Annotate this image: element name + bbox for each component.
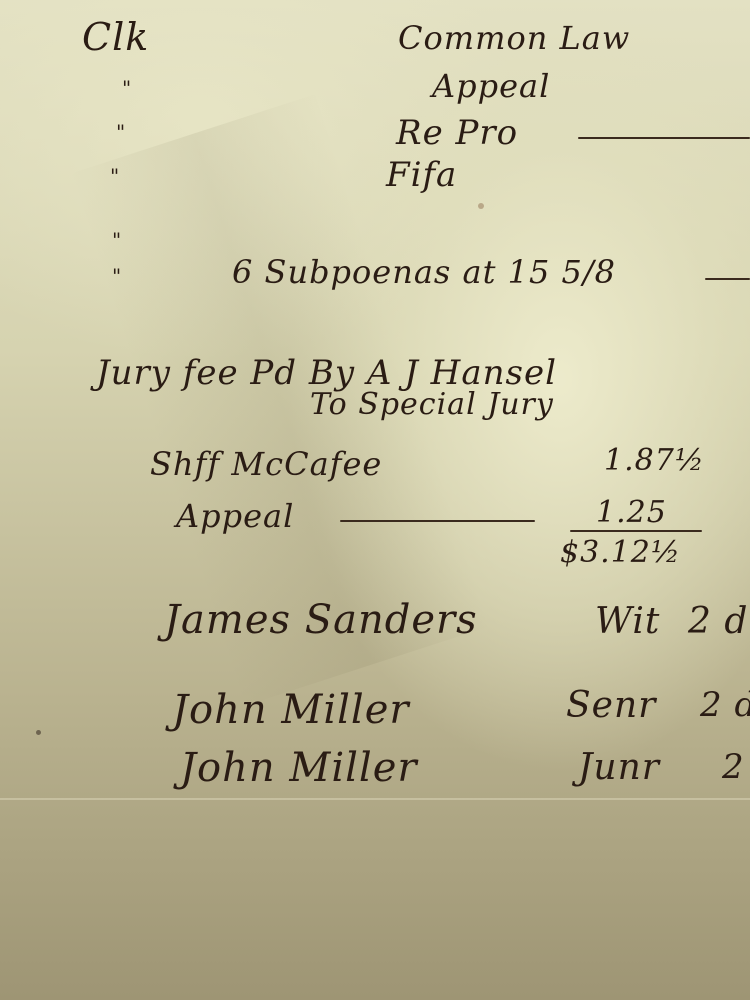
ditto-mark: " xyxy=(112,266,122,286)
witness-row-days: 2 xyxy=(722,750,745,784)
ditto-mark: " xyxy=(116,122,126,142)
paper-speck xyxy=(478,203,484,209)
witness-row-days: 2 d xyxy=(688,604,748,640)
witness-row-role: Senr xyxy=(566,688,656,724)
appeal-label: Appeal xyxy=(176,500,294,532)
sheriff-label: Shff McCafee xyxy=(150,448,382,480)
fee-item-rule xyxy=(578,137,750,139)
paper-fold-line xyxy=(0,798,750,800)
witness-row-name: John Miller xyxy=(172,690,409,730)
witness-row-name: James Sanders xyxy=(164,600,478,640)
fee-item-common-law: Common Law xyxy=(398,22,630,54)
appeal-amount: 1.25 xyxy=(596,498,667,528)
office-label: Clk xyxy=(82,18,149,56)
special-jury-line: To Special Jury xyxy=(310,390,554,420)
sheriff-amount: 1.87½ xyxy=(604,446,705,476)
witness-row-role: Wit xyxy=(595,604,660,640)
ditto-mark: " xyxy=(122,78,132,98)
paper-speck xyxy=(36,730,41,735)
subpoena-rule xyxy=(705,278,750,280)
fee-item-re-pro: Re Pro xyxy=(396,116,518,150)
ditto-mark: " xyxy=(110,166,120,186)
appeal-rule xyxy=(340,520,535,522)
witness-row-name: John Miller xyxy=(180,748,417,788)
document-page: Clk Common Law " Appeal " Re Pro " Fifa … xyxy=(0,0,750,1000)
total-amount: $3.12½ xyxy=(560,538,681,568)
fee-item-subpoenas: 6 Subpoenas at 15 5/8 xyxy=(232,256,616,288)
ditto-mark: " xyxy=(112,230,122,250)
fee-item-fifa: Fifa xyxy=(386,158,457,192)
witness-row-days: 2 d xyxy=(700,688,750,722)
witness-row-role: Junr xyxy=(578,750,660,786)
sum-rule xyxy=(570,530,702,532)
fee-item-appeal: Appeal xyxy=(432,70,550,102)
jury-fee-line: Jury fee Pd By A J Hansel xyxy=(96,356,557,390)
